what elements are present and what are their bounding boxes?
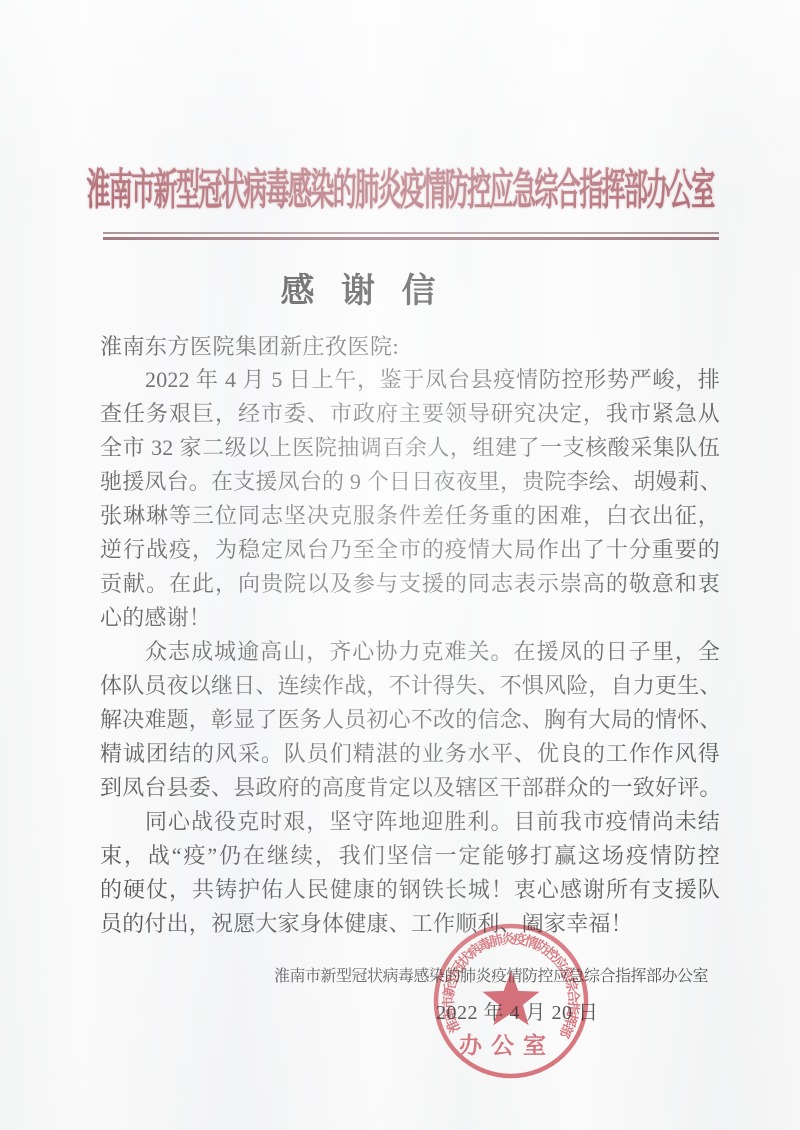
letter-title: 感 谢 信	[0, 263, 759, 312]
body-line: 束，战“疫”仍在继续，我们坚信一定能够打赢这场疫情防控	[100, 839, 720, 873]
letter-body: 2022 年 4 月 5 日上午，鉴于凤台县疫情防控形势严峻，排查任务艰巨，经市…	[100, 363, 720, 941]
star-icon	[482, 971, 539, 1025]
body-line: 体队员夜以继日、连续作战，不计得失、不惧风险，自力更生、	[100, 669, 720, 703]
body-line: 贡献。在此，向贵院以及参与支援的同志表示崇高的敬意和衷	[100, 567, 720, 601]
official-seal: 淮南市新型冠状病毒肺炎疫情防控应急综合指挥部 办公室	[409, 899, 613, 1103]
body-line: 同心战役克时艰，坚守阵地迎胜利。目前我市疫情尚未结	[100, 805, 720, 839]
body-line: 心的感谢！	[100, 601, 720, 635]
body-line: 到凤台县委、县政府的高度肯定以及辖区干部群众的一致好评。	[100, 771, 720, 805]
body-line: 众志成城逾高山，齐心协力克难关。在援凤的日子里，全	[100, 635, 720, 669]
body-line: 张琳琳等三位同志坚决克服条件差任务重的困难，白衣出征，	[100, 499, 720, 533]
body-line: 解决难题，彰显了医务人员初心不改的信念、胸有大局的情怀、	[100, 703, 720, 737]
seal-office-label: 办公室	[459, 1032, 555, 1058]
body-line: 逆行战疫，为稳定凤台乃至全市的疫情大局作出了十分重要的	[100, 533, 720, 567]
body-line: 查任务艰巨，经市委、市政府主要领导研究决定，我市紧急从	[100, 397, 720, 431]
letterhead-org-name: 淮南市新型冠状病毒感染的肺炎疫情防控应急综合指挥部办公室	[0, 154, 800, 217]
salutation: 淮南东方医院集团新庄孜医院:	[100, 330, 399, 361]
body-line: 精诚团结的风采。队员们精湛的业务水平、优良的工作作风得	[100, 737, 720, 771]
body-line: 2022 年 4 月 5 日上午，鉴于凤台县疫情防控形势严峻，排	[100, 363, 720, 397]
body-line: 驰援凤台。在支援凤台的 9 个日日夜夜里，贵院李绘、胡嫚莉、	[100, 465, 720, 499]
body-line: 全市 32 家二级以上医院抽调百余人，组建了一支核酸采集队伍	[100, 431, 720, 465]
paragraph-2: 众志成城逾高山，齐心协力克难关。在援凤的日子里，全体队员夜以继日、连续作战，不计…	[100, 635, 720, 805]
paragraph-1: 2022 年 4 月 5 日上午，鉴于凤台县疫情防控形势严峻，排查任务艰巨，经市…	[100, 363, 720, 635]
letter-page: 淮南市新型冠状病毒感染的肺炎疫情防控应急综合指挥部办公室 感 谢 信 淮南东方医…	[0, 0, 800, 1130]
letterhead-rule-thick	[103, 237, 719, 240]
letterhead-rule-thin	[103, 232, 719, 234]
